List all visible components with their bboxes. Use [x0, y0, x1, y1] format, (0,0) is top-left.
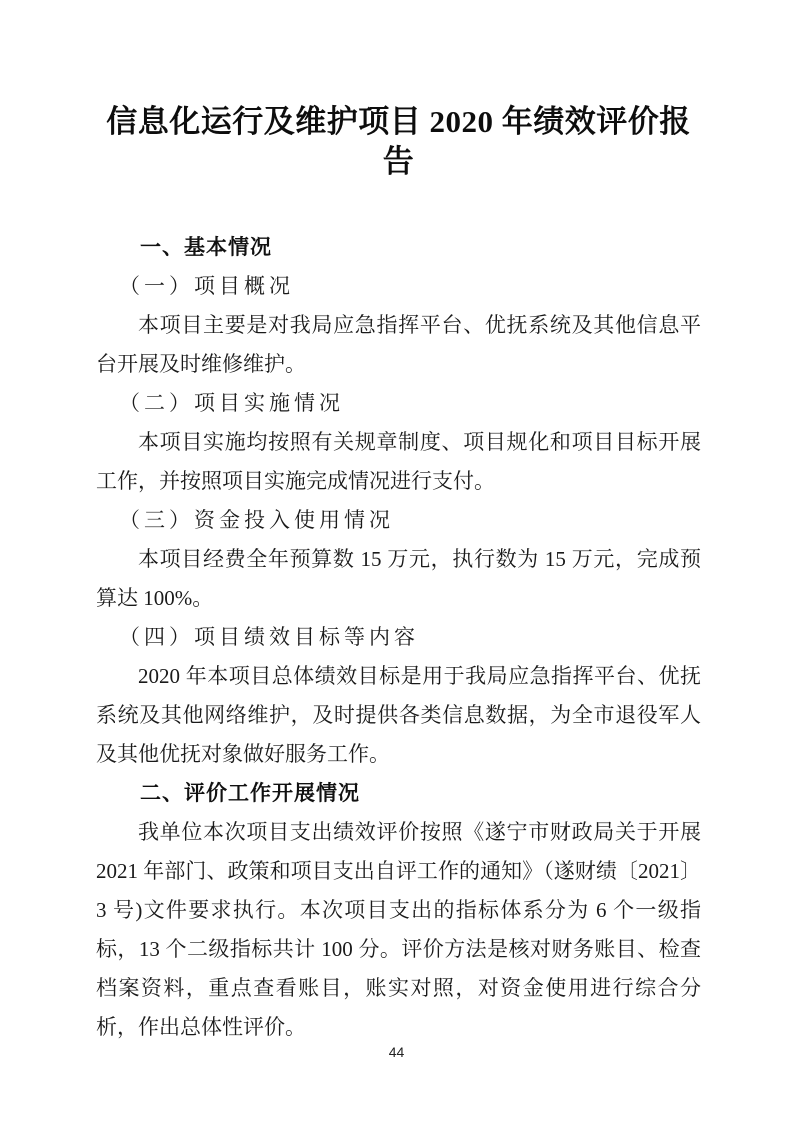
paragraph-implementation: 本项目实施均按照有关规章制度、项目规化和项目目标开展工作，并按照项目实施完成情况…	[96, 423, 701, 501]
paragraph-performance-targets: 2020 年本项目总体绩效目标是用于我局应急指挥平台、优抚系统及其他网络维护，及…	[96, 657, 701, 774]
subsection-heading-funding-usage: （三）资金投入使用情况	[96, 501, 701, 540]
document-title: 信息化运行及维护项目 2020 年绩效评价报告	[96, 102, 701, 182]
section-heading-evaluation-work: 二、评价工作开展情况	[96, 774, 701, 813]
subsection-heading-project-overview: （一）项目概况	[96, 267, 701, 306]
section-heading-basic-info: 一、基本情况	[96, 228, 701, 267]
paragraph-project-overview: 本项目主要是对我局应急指挥平台、优抚系统及其他信息平台开展及时维修维护。	[96, 306, 701, 384]
paragraph-funding-usage: 本项目经费全年预算数 15 万元，执行数为 15 万元，完成预算达 100%。	[96, 540, 701, 618]
page-number: 44	[0, 1044, 793, 1060]
subsection-heading-performance-targets: （四）项目绩效目标等内容	[96, 618, 701, 657]
document-content: 信息化运行及维护项目 2020 年绩效评价报告 一、基本情况 （一）项目概况 本…	[96, 102, 701, 1047]
subsection-heading-implementation: （二）项目实施情况	[96, 384, 701, 423]
paragraph-evaluation-work: 我单位本次项目支出绩效评价按照《遂宁市财政局关于开展 2021 年部门、政策和项…	[96, 813, 701, 1047]
document-page: 信息化运行及维护项目 2020 年绩效评价报告 一、基本情况 （一）项目概况 本…	[0, 0, 793, 1122]
